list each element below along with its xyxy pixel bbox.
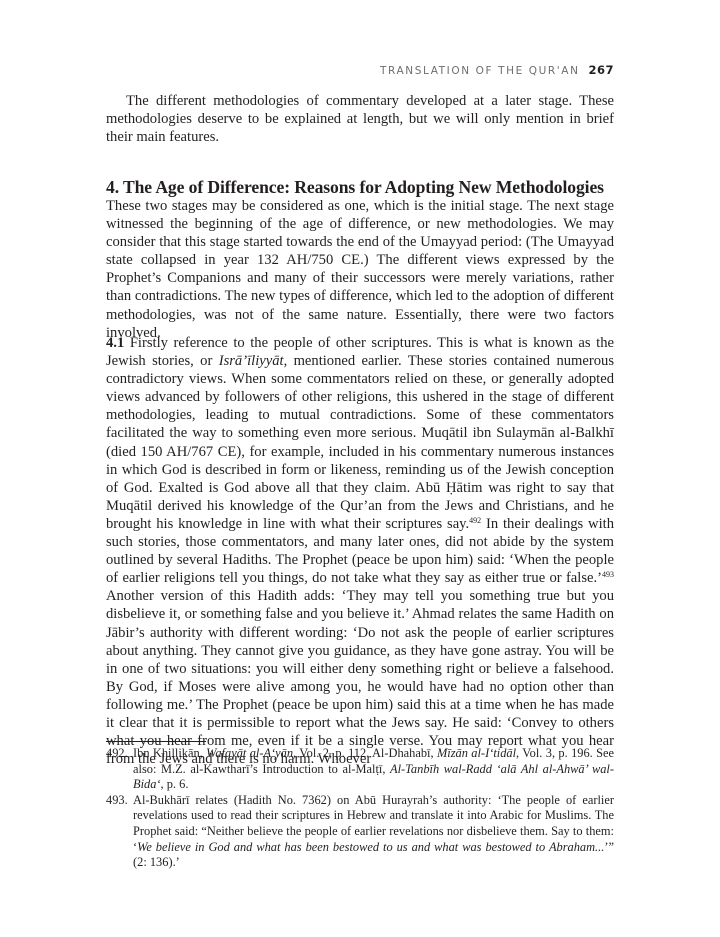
subsection-number: 4.1: [106, 335, 124, 351]
footnotes: 492.Ibn Khillikān, Wafayāt al-A‘yān, Vol…: [106, 746, 614, 871]
footnote-493: 493.Al-Bukhārī relates (Hadith No. 7362)…: [106, 793, 614, 871]
running-head: TRANSLATION OF THE QUR'AN 267: [380, 63, 614, 77]
footnote-text: , p. 6.: [161, 777, 189, 791]
footnote-number: 493.: [106, 793, 133, 809]
section-paragraph: These two stages may be considered as on…: [106, 197, 614, 342]
footnote-quote: We believe in God and what has been best…: [137, 840, 604, 854]
subsection-paragraph: 4.1 Firstly reference to the people of o…: [106, 334, 614, 768]
footnote-ref[interactable]: 493: [602, 570, 614, 579]
running-head-title: TRANSLATION OF THE QUR'AN: [380, 65, 580, 77]
page-number: 267: [588, 63, 614, 77]
footnote-number: 492.: [106, 746, 133, 762]
footnote-ref[interactable]: 492: [469, 516, 481, 525]
intro-paragraph: The different methodologies of commentar…: [106, 92, 614, 146]
subsection-text: , mentioned earlier. These stories conta…: [106, 353, 614, 532]
italic-term: Isrā’īliyyāt: [219, 353, 284, 369]
footnote-text: Ibn Khillikān,: [133, 746, 206, 760]
footnote-title: Wafayāt al-A‘yān: [206, 746, 293, 760]
footnote-title: Mīzān al-I‘tidāl: [437, 746, 516, 760]
footnote-492: 492.Ibn Khillikān, Wafayāt al-A‘yān, Vol…: [106, 746, 614, 793]
section-heading: 4. The Age of Difference: Reasons for Ad…: [106, 176, 626, 198]
footnote-text: , Vol. 2, p. 112. Al-Dhahabī,: [293, 746, 437, 760]
footnote-divider: [106, 741, 206, 742]
